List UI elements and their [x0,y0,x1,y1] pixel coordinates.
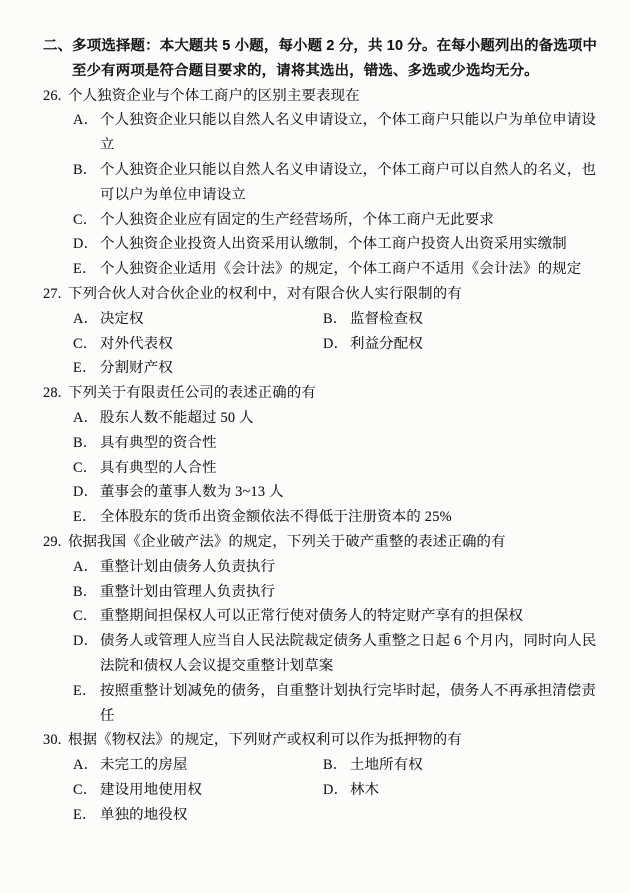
question-stem: 依据我国《企业破产法》的规定，下列关于破产重整的表述正确的有 [68,530,612,555]
option-label: B． [73,580,100,605]
question: 27.下列合伙人对合伙企业的权利中，对有限合伙人实行限制的有A．决定权B．监督检… [43,282,612,381]
option: E．分割财产权 [73,356,323,381]
option-row: C．建设用地使用权D．林木 [73,778,612,803]
option-text-line: 具有典型的人合性 [100,456,612,481]
option-text: 个人独资企业适用《会计法》的规定，个体工商户不适用《会计法》的规定 [100,257,612,282]
option: B．个人独资企业只能以自然人名义申请设立，个体工商户可以自然人的名义，也可以户为… [73,158,612,208]
question-body: 根据《物权法》的规定，下列财产或权利可以作为抵押物的有A．未完工的房屋B．土地所… [68,728,612,827]
option-label: C． [73,208,100,233]
option-text-line: 监督检查权 [350,307,612,332]
option: E．个人独资企业适用《会计法》的规定，个体工商户不适用《会计法》的规定 [73,257,612,282]
option-text: 债务人或管理人应当自人民法院裁定债务人重整之日起 6 个月内，同时向人民法院和债… [100,629,612,679]
option-text: 按照重整计划减免的债务，自重整计划执行完毕时起，债务人不再承担清偿责任 [100,679,612,729]
option-label: D． [323,778,350,803]
option-text-line: 按照重整计划减免的债务，自重整计划执行完毕时起，债务人不再承担清偿责 [100,679,612,704]
option: D．利益分配权 [323,332,612,357]
option-label: E． [73,356,100,381]
option: D．个人独资企业投资人出资采用认缴制，个体工商户投资人出资采用实缴制 [73,232,612,257]
option-row: A．决定权B．监督检查权 [73,307,612,332]
option-label: C． [73,778,100,803]
question-body: 下列合伙人对合伙企业的权利中，对有限合伙人实行限制的有A．决定权B．监督检查权C… [68,282,612,381]
option-text-line: 重整期间担保权人可以正常行使对债务人的特定财产享有的担保权 [100,604,612,629]
question-stem: 下列合伙人对合伙企业的权利中，对有限合伙人实行限制的有 [68,282,612,307]
question-stem: 个人独资企业与个体工商户的区别主要表现在 [68,84,612,109]
option: C．建设用地使用权 [73,778,323,803]
option-text: 个人独资企业只能以自然人名义申请设立，个体工商户只能以户为单位申请设立 [100,108,612,158]
option-text: 具有典型的资合性 [100,431,612,456]
option: C．对外代表权 [73,332,323,357]
question: 26.个人独资企业与个体工商户的区别主要表现在A．个人独资企业只能以自然人名义申… [43,84,612,282]
page-content: 二、多项选择题：本大题共 5 小题，每小题 2 分，共 10 分。在每小题列出的… [43,34,612,828]
option-label: D． [73,480,100,505]
option-label: A． [73,108,100,133]
option-text: 具有典型的人合性 [100,456,612,481]
option-label: B． [73,158,100,183]
section-header-line1: 二、多项选择题：本大题共 5 小题，每小题 2 分，共 10 分。在每小题列出的… [43,34,612,59]
option-text: 全体股东的货币出资金额依法不得低于注册资本的 25% [100,505,612,530]
option-text-line: 债务人或管理人应当自人民法院裁定债务人重整之日起 6 个月内，同时向人民 [100,629,612,654]
question-body: 依据我国《企业破产法》的规定，下列关于破产重整的表述正确的有A．重整计划由债务人… [68,530,612,728]
option-text: 重整计划由管理人负责执行 [100,580,612,605]
option-text: 重整计划由债务人负责执行 [100,555,612,580]
option-label: E． [73,505,100,530]
option-text-line: 个人独资企业只能以自然人名义申请设立，个体工商户可以自然人的名义，也 [100,158,612,183]
section-header: 二、多项选择题：本大题共 5 小题，每小题 2 分，共 10 分。在每小题列出的… [43,34,612,84]
option-text-line: 土地所有权 [350,753,612,778]
option-text-line: 未完工的房屋 [100,753,323,778]
option-text: 个人独资企业应有固定的生产经营场所，个体工商户无此要求 [100,208,612,233]
question-number: 29. [43,530,68,555]
option-text-line: 个人独资企业投资人出资采用认缴制，个体工商户投资人出资采用实缴制 [100,232,612,257]
option-text-line: 任 [100,704,612,729]
option: E．单独的地役权 [73,803,323,828]
option: B．土地所有权 [323,753,612,778]
option-label: B． [323,307,350,332]
option-text: 监督检查权 [350,307,612,332]
options-list: A．重整计划由债务人负责执行B．重整计划由管理人负责执行C．重整期间担保权人可以… [73,555,612,729]
question-number: 30. [43,728,68,753]
option-text-line: 股东人数不能超过 50 人 [100,406,612,431]
option-label: B． [323,753,350,778]
option-text-line: 立 [100,133,612,158]
option-text-line: 分割财产权 [100,356,323,381]
option-text-line: 林木 [350,778,612,803]
option-text: 建设用地使用权 [100,778,323,803]
option: C．个人独资企业应有固定的生产经营场所，个体工商户无此要求 [73,208,612,233]
option: C．重整期间担保权人可以正常行使对债务人的特定财产享有的担保权 [73,604,612,629]
option-text: 分割财产权 [100,356,323,381]
option-label: E． [73,257,100,282]
option-label: C． [73,332,100,357]
option-text: 董事会的董事人数为 3~13 人 [100,480,612,505]
option-label: C． [73,456,100,481]
question: 28.下列关于有限责任公司的表述正确的有A．股东人数不能超过 50 人B．具有典… [43,381,612,530]
option: A．个人独资企业只能以自然人名义申请设立，个体工商户只能以户为单位申请设立 [73,108,612,158]
question: 30.根据《物权法》的规定，下列财产或权利可以作为抵押物的有A．未完工的房屋B．… [43,728,612,827]
option: D．林木 [323,778,612,803]
questions-list: 26.个人独资企业与个体工商户的区别主要表现在A．个人独资企业只能以自然人名义申… [43,84,612,828]
option-text-line: 重整计划由债务人负责执行 [100,555,612,580]
option-text: 土地所有权 [350,753,612,778]
section-header-line2: 至少有两项是符合题目要求的，请将其选出，错选、多选或少选均无分。 [43,59,612,84]
options-list: A．个人独资企业只能以自然人名义申请设立，个体工商户只能以户为单位申请设立B．个… [73,108,612,282]
option-label: A． [73,406,100,431]
option-text: 股东人数不能超过 50 人 [100,406,612,431]
options-list: A．股东人数不能超过 50 人B．具有典型的资合性C．具有典型的人合性D．董事会… [73,406,612,530]
option-text-line: 对外代表权 [100,332,323,357]
option-row: C．对外代表权D．利益分配权 [73,332,612,357]
option-label: A． [73,307,100,332]
option-text-line: 个人独资企业只能以自然人名义申请设立，个体工商户只能以户为单位申请设 [100,108,612,133]
option: A．决定权 [73,307,323,332]
options-list: A．决定权B．监督检查权C．对外代表权D．利益分配权E．分割财产权 [73,307,612,381]
option-text: 决定权 [100,307,323,332]
option-text-line: 重整计划由管理人负责执行 [100,580,612,605]
option-text: 未完工的房屋 [100,753,323,778]
option: A．股东人数不能超过 50 人 [73,406,612,431]
option: A．重整计划由债务人负责执行 [73,555,612,580]
question-stem: 下列关于有限责任公司的表述正确的有 [68,381,612,406]
option-text-line: 法院和债权人会议提交重整计划草案 [100,654,612,679]
option-row: E．分割财产权 [73,356,612,381]
option: B．具有典型的资合性 [73,431,612,456]
question-number: 27. [43,282,68,307]
option-text-line: 建设用地使用权 [100,778,323,803]
option-row: A．未完工的房屋B．土地所有权 [73,753,612,778]
options-list: A．未完工的房屋B．土地所有权C．建设用地使用权D．林木E．单独的地役权 [73,753,612,827]
option-text: 个人独资企业只能以自然人名义申请设立，个体工商户可以自然人的名义，也可以户为单位… [100,158,612,208]
option: E．按照重整计划减免的债务，自重整计划执行完毕时起，债务人不再承担清偿责任 [73,679,612,729]
option-label: B． [73,431,100,456]
option-label: D． [73,629,100,654]
question-number: 28. [43,381,68,406]
option-text-line: 利益分配权 [350,332,612,357]
question: 29.依据我国《企业破产法》的规定，下列关于破产重整的表述正确的有A．重整计划由… [43,530,612,728]
option: A．未完工的房屋 [73,753,323,778]
option-row: E．单独的地役权 [73,803,612,828]
option-text-line: 单独的地役权 [100,803,323,828]
option-text: 对外代表权 [100,332,323,357]
exam-paper-scan: 二、多项选择题：本大题共 5 小题，每小题 2 分，共 10 分。在每小题列出的… [0,0,630,893]
option: C．具有典型的人合性 [73,456,612,481]
option-label: A． [73,555,100,580]
option: D．董事会的董事人数为 3~13 人 [73,480,612,505]
option-text-line: 决定权 [100,307,323,332]
option-label: A． [73,753,100,778]
option: B．重整计划由管理人负责执行 [73,580,612,605]
option-text-line: 董事会的董事人数为 3~13 人 [100,480,612,505]
option: D．债务人或管理人应当自人民法院裁定债务人重整之日起 6 个月内，同时向人民法院… [73,629,612,679]
question-body: 个人独资企业与个体工商户的区别主要表现在A．个人独资企业只能以自然人名义申请设立… [68,84,612,282]
option-text-line: 个人独资企业应有固定的生产经营场所，个体工商户无此要求 [100,208,612,233]
question-stem: 根据《物权法》的规定，下列财产或权利可以作为抵押物的有 [68,728,612,753]
option: E．全体股东的货币出资金额依法不得低于注册资本的 25% [73,505,612,530]
option-label: C． [73,604,100,629]
option-text: 个人独资企业投资人出资采用认缴制，个体工商户投资人出资采用实缴制 [100,232,612,257]
question-body: 下列关于有限责任公司的表述正确的有A．股东人数不能超过 50 人B．具有典型的资… [68,381,612,530]
option-text-line: 可以户为单位申请设立 [100,183,612,208]
option-label: E． [73,679,100,704]
option-text-line: 个人独资企业适用《会计法》的规定，个体工商户不适用《会计法》的规定 [100,257,612,282]
option-text-line: 全体股东的货币出资金额依法不得低于注册资本的 25% [100,505,612,530]
question-number: 26. [43,84,68,109]
option-label: D． [73,232,100,257]
option-text: 林木 [350,778,612,803]
option-label: D． [323,332,350,357]
option-label: E． [73,803,100,828]
option-text: 利益分配权 [350,332,612,357]
option-text: 重整期间担保权人可以正常行使对债务人的特定财产享有的担保权 [100,604,612,629]
option-text: 单独的地役权 [100,803,323,828]
option: B．监督检查权 [323,307,612,332]
option-text-line: 具有典型的资合性 [100,431,612,456]
